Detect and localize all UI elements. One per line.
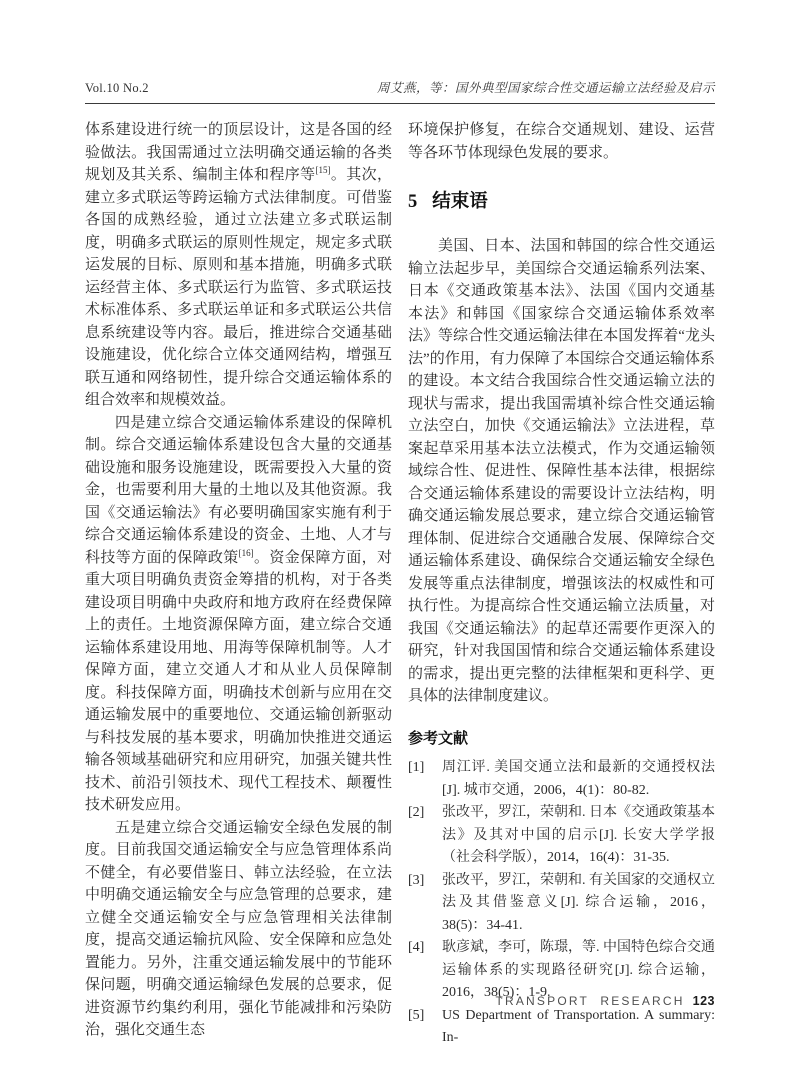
reference-item: [5] US Department of Transportation. A s… [408,1005,715,1050]
page-footer: TRANSPORT RESEARCH 123 [495,994,715,1008]
paragraph-continued: 体系建设进行统一的顶层设计，这是各国的经验做法。我国需通过立法明确交通运输的各类… [85,119,392,412]
reference-number: [2] [408,802,442,870]
page-header: Vol.10 No.2 周艾燕，等：国外典型国家综合性交通运输立法经验及启示 [85,80,715,96]
right-column: 环境保护修复，在综合交通规划、建设、运营等各环节体现绿色发展的要求。 5 结束语… [408,119,715,1050]
paragraph-text: 。资金保障方面，对重大项目明确负责资金筹措的机构，对于各类建设项目明确中央政府和… [85,550,392,814]
section-heading-conclusion: 5 结束语 [408,190,715,214]
reference-number: [4] [408,937,442,1005]
journal-page: Vol.10 No.2 周艾燕，等：国外典型国家综合性交通运输立法经验及启示 体… [0,0,800,1077]
reference-text: 周江评. 美国交通立法和最新的交通授权法[J]. 城市交通，2006，4(1)：… [442,757,715,802]
section-title: 结束语 [432,190,488,214]
paragraph-text: 。其次，建立多式联运等跨运输方式法律制度。可借鉴各国的成熟经验，通过立法建立多式… [85,167,392,408]
journal-name: TRANSPORT RESEARCH [495,994,684,1008]
running-title: 周艾燕，等：国外典型国家综合性交通运输立法经验及启示 [377,80,715,96]
issue-label: Vol.10 No.2 [85,80,149,96]
reference-item: [1] 周江评. 美国交通立法和最新的交通授权法[J]. 城市交通，2006，4… [408,757,715,802]
paragraph-text: 四是建立综合交通运输体系建设的保障机制。综合交通运输体系建设包含大量的交通基础设… [85,415,392,566]
header-rule [85,103,715,104]
reference-text: 张改平，罗江，荣朝和. 日本《交通政策基本法》及其对中国的启示[J]. 长安大学… [442,802,715,870]
paragraph-safety-green: 五是建立综合交通运输安全绿色发展的制度。目前我国交通运输安全与应急管理体系尚不健… [85,817,392,1042]
reference-text: US Department of Transportation. A summa… [442,1005,715,1050]
reference-text: 张改平，罗江，荣朝和. 有关国家的交通权立法及其借鉴意义[J]. 综合运输，20… [442,870,715,938]
references-heading: 参考文献 [408,728,715,751]
paragraph-continuation: 环境保护修复，在综合交通规划、建设、运营等各环节体现绿色发展的要求。 [408,119,715,164]
left-column: 体系建设进行统一的顶层设计，这是各国的经验做法。我国需通过立法明确交通运输的各类… [85,119,392,1050]
page-body: 体系建设进行统一的顶层设计，这是各国的经验做法。我国需通过立法明确交通运输的各类… [85,119,715,1050]
paragraph-guarantee-mechanism: 四是建立综合交通运输体系建设的保障机制。综合交通运输体系建设包含大量的交通基础设… [85,412,392,817]
citation-marker-16: [16] [239,548,254,558]
paragraph-conclusion: 美国、日本、法国和韩国的综合性交通运输立法起步早，美国综合交通运输系列法案、日本… [408,235,715,708]
reference-item: [2] 张改平，罗江，荣朝和. 日本《交通政策基本法》及其对中国的启示[J]. … [408,802,715,870]
section-number: 5 [408,190,417,214]
reference-number: [5] [408,1005,442,1050]
reference-number: [1] [408,757,442,802]
citation-marker-15: [15] [316,165,331,175]
reference-number: [3] [408,870,442,938]
page-number: 123 [693,994,715,1008]
reference-item: [3] 张改平，罗江，荣朝和. 有关国家的交通权立法及其借鉴意义[J]. 综合运… [408,870,715,938]
